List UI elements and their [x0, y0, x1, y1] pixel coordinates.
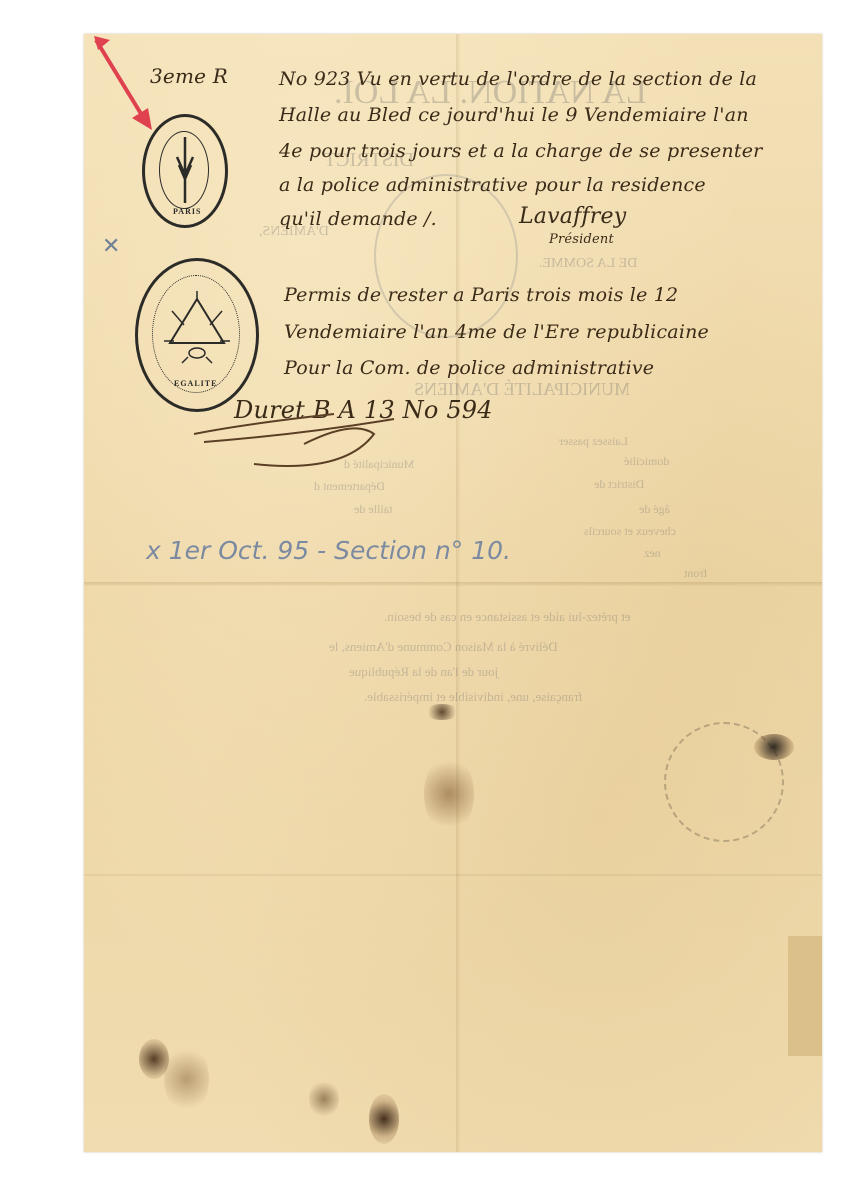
hand-line-3: 4e pour trois jours et a la charge de se…	[279, 140, 762, 162]
ghost-field: nez	[644, 546, 661, 561]
hand-line-4: a la police administrative pour la resid…	[279, 174, 706, 196]
ghost-field: cheveux et sourcils	[584, 524, 676, 539]
ink-stain	[309, 1079, 339, 1119]
permit-line-2: Vendemiaire l'an 4me de l'Ere republicai…	[284, 321, 709, 343]
seal-halle-au-ble: PARIS	[142, 114, 228, 228]
red-arrow-icon	[92, 34, 162, 134]
ink-stain	[164, 1044, 209, 1114]
ghost-field: Laissez passer	[559, 434, 628, 449]
ink-stain	[369, 1094, 399, 1144]
flourish-icon	[184, 394, 444, 474]
hand-line-1: No 923 Vu en vertu de l'ordre de la sect…	[279, 68, 757, 90]
ghost-field: et prêtez-lui aide et assistance en cas …	[384, 609, 631, 625]
signature-title: Président	[549, 232, 614, 247]
ghost-field: District de	[594, 477, 644, 492]
hand-line-2: Halle au Bled ce jourd'hui le 9 Vendemia…	[279, 104, 749, 126]
ghost-field: front	[684, 566, 707, 581]
fasces-icon	[171, 135, 199, 205]
permit-line-1: Permis de rester a Paris trois mois le 1…	[284, 284, 678, 306]
ink-stain	[754, 734, 794, 760]
signature-president: Lavaffrey	[519, 204, 626, 229]
ghost-department: DE LA SOMME.	[539, 256, 637, 272]
ink-stain	[424, 704, 460, 720]
ghost-field: âgé de	[639, 502, 670, 517]
ghost-field: taille de	[354, 502, 392, 517]
seal-commission-police: EGALITE	[135, 258, 259, 412]
eye-triangle-icon	[162, 291, 232, 371]
ghost-field: française, une, indivisible et impérissa…	[364, 689, 582, 705]
paper-tab-strip	[788, 936, 822, 1056]
permit-line-3: Pour la Com. de police administrative	[284, 357, 654, 379]
fold-line-horizontal	[84, 582, 822, 586]
ghost-field: domicilié	[624, 454, 669, 469]
ghost-field: Département d	[314, 479, 385, 494]
hand-line-5: qu'il demande /.	[279, 208, 437, 230]
pencil-note: x 1er Oct. 95 - Section n° 10.	[146, 536, 511, 565]
seal-legend-egalite: EGALITE	[174, 379, 217, 388]
cross-mark: ✕	[102, 234, 120, 259]
ghost-seal-center	[374, 174, 518, 338]
seal-legend-bottom: PARIS	[173, 207, 201, 216]
fold-line-lower	[84, 874, 822, 876]
ghost-field: Délivré à la Maison Commune d'Amiens, le	[329, 639, 558, 655]
ghost-field: jour de l'an de la République	[349, 664, 498, 680]
ink-stain	[424, 754, 474, 834]
